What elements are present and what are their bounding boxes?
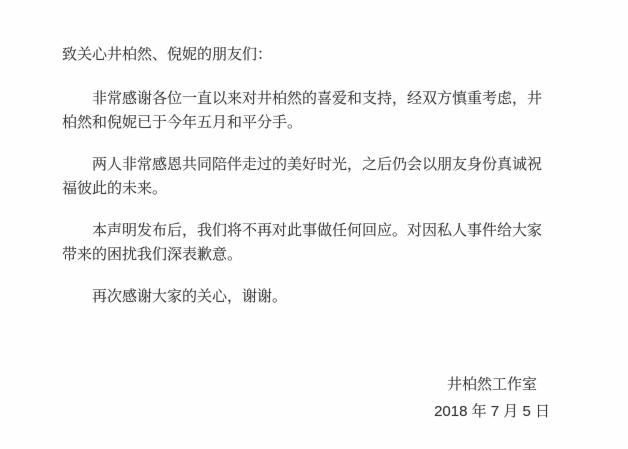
paragraph-no-further-response: 本声明发布后，我们将不再对此事做任何回应。对因私人事件给大家带来的困扰我们深表歉… <box>62 219 552 267</box>
paragraph-closing-thanks: 再次感谢大家的关心，谢谢。 <box>62 285 552 309</box>
statement-page: 致关心井柏然、倪妮的朋友们： 非常感谢各位一直以来对井柏然的喜爱和支持，经双方慎… <box>0 0 628 449</box>
salutation: 致关心井柏然、倪妮的朋友们： <box>62 43 552 67</box>
paragraph-gratitude-friendship: 两人非常感恩共同陪伴走过的美好时光，之后仍会以朋友身份真诚祝福彼此的未来。 <box>62 153 552 201</box>
paragraph-breakup-announcement: 非常感谢各位一直以来对井柏然的喜爱和支持，经双方慎重考虑，井柏然和倪妮已于今年五… <box>62 87 552 135</box>
statement-letter: 致关心井柏然、倪妮的朋友们： 非常感谢各位一直以来对井柏然的喜爱和支持，经双方慎… <box>62 43 552 425</box>
signature-date: 2018 年 7 月 5 日 <box>434 398 550 425</box>
signature-studio-name: 井柏然工作室 <box>434 371 550 398</box>
signature-block: 井柏然工作室 2018 年 7 月 5 日 <box>434 371 550 425</box>
